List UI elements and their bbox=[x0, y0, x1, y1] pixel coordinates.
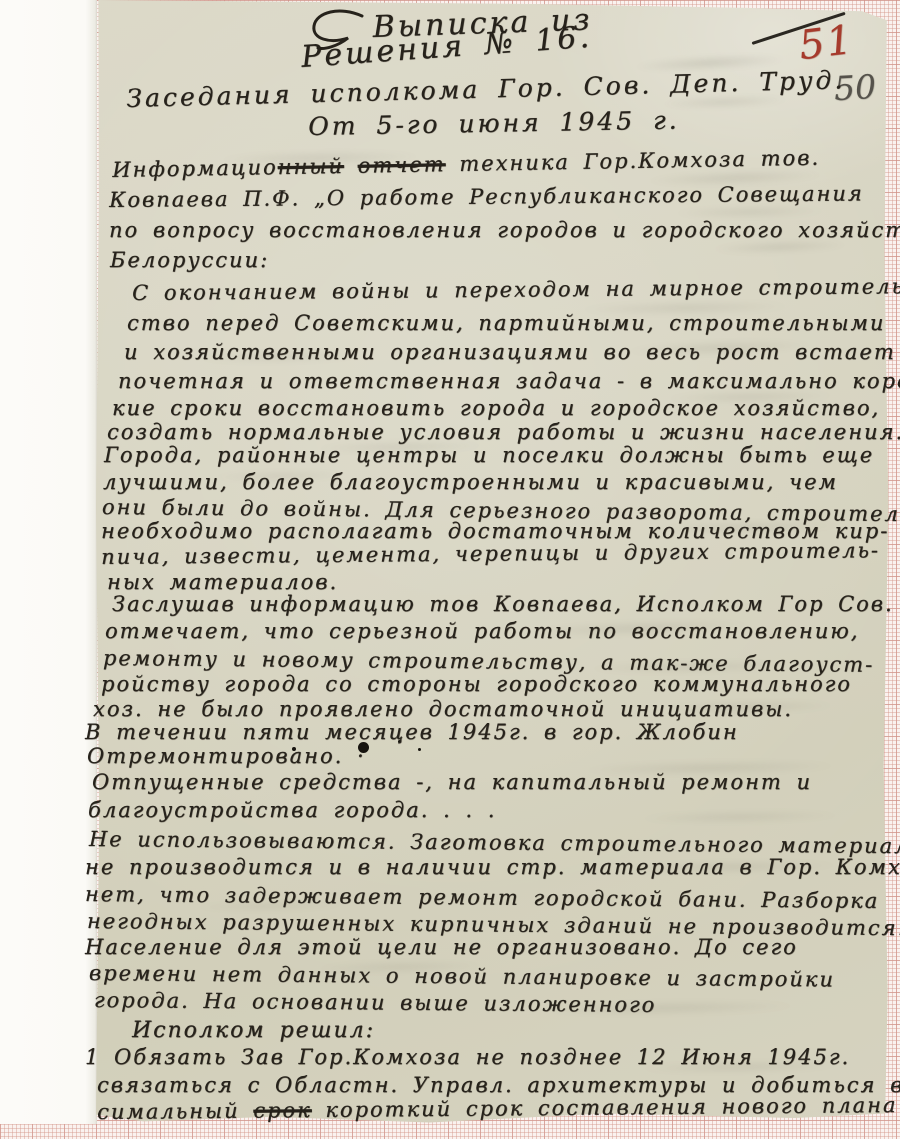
handwritten-text: Отремонтировано. · bbox=[87, 744, 366, 768]
handwritten-text: Население для этой цели не организовано.… bbox=[85, 935, 798, 959]
handwritten-line: ство перед Советскими, партийными, строи… bbox=[127, 311, 885, 335]
handwritten-line: Отремонтировано. · bbox=[87, 744, 366, 768]
handwritten-text: От 5-го июня 1945 г. bbox=[308, 106, 680, 141]
struck-text: срок bbox=[253, 1098, 312, 1123]
handwritten-text: ройству города со стороны городского ком… bbox=[101, 672, 852, 696]
scanned-archival-document: { "page_numbers": { "red_crossed_out": "… bbox=[0, 0, 900, 1139]
handwritten-line: ных материалов. bbox=[107, 570, 338, 594]
handwritten-text: благоустройства города. . . . bbox=[88, 798, 496, 822]
bleed-through-smudge bbox=[560, 757, 860, 778]
ink-speck bbox=[418, 748, 421, 751]
document-content-layer: 51 50 Выписка изРешения № 16.Заседания и… bbox=[0, 0, 900, 1139]
handwritten-text: по вопросу восстановления городов и горо… bbox=[109, 218, 900, 242]
handwritten-line: В течении пяти месяцев 1945г. в гор. Жло… bbox=[85, 720, 739, 744]
handwritten-line: С окончанием войны и переходом на мирное… bbox=[132, 274, 900, 305]
handwritten-text: симальный bbox=[97, 1099, 253, 1124]
handwritten-line: Исполком решил: bbox=[132, 1018, 375, 1043]
handwritten-line: ройству города со стороны городского ком… bbox=[101, 672, 852, 696]
handwritten-line: Заслушав информацию тов Ковпаева, Исполк… bbox=[112, 592, 894, 616]
handwritten-text: ство перед Советскими, партийными, строи… bbox=[127, 311, 885, 335]
document-title-line: От 5-го июня 1945 г. bbox=[308, 106, 680, 141]
handwritten-line: по вопросу восстановления городов и горо… bbox=[109, 218, 900, 242]
handwritten-text: С окончанием войны и переходом на мирное… bbox=[132, 274, 900, 305]
handwritten-text: короткий срок составления нового плана bbox=[312, 1093, 898, 1122]
handwritten-text: Не использовываются. Заготовка строитель… bbox=[89, 827, 900, 858]
handwritten-text: В течении пяти месяцев 1945г. в гор. Жло… bbox=[85, 720, 739, 744]
handwritten-line: Не использовываются. Заготовка строитель… bbox=[89, 827, 900, 858]
handwritten-text: Заслушав информацию тов Ковпаева, Исполк… bbox=[112, 592, 894, 616]
handwritten-text: Белоруссии: bbox=[110, 248, 269, 272]
handwritten-line: Население для этой цели не организовано.… bbox=[85, 935, 798, 959]
handwritten-line: благоустройства города. . . . bbox=[88, 798, 496, 822]
handwritten-text: ных материалов. bbox=[107, 570, 338, 594]
handwritten-line: Белоруссии: bbox=[110, 248, 269, 272]
handwritten-line: симальный срок короткий срок составления… bbox=[97, 1093, 898, 1124]
handwritten-text: создать нормальные условия работы и жизн… bbox=[107, 420, 900, 444]
handwritten-line: создать нормальные условия работы и жизн… bbox=[107, 420, 900, 444]
bleed-through-smudge bbox=[620, 808, 860, 826]
handwritten-text: Исполком решил: bbox=[132, 1018, 375, 1043]
